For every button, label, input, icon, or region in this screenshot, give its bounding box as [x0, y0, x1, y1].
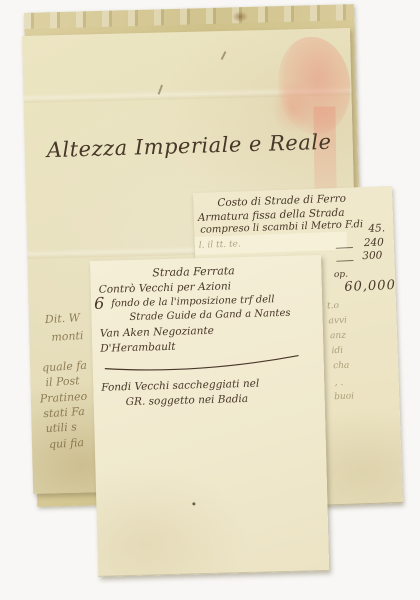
cut-fragment: cha — [333, 362, 350, 372]
railway-note-line: Van Aken Negoziante — [100, 326, 214, 339]
sum-dash: — — [335, 241, 352, 253]
cut-fragment: idi — [331, 347, 343, 356]
document-title: Altezza Imperiale e Reale — [46, 132, 331, 161]
railway-note: Strada Ferrata Contrò Vecchi per Azioni … — [90, 255, 329, 577]
railway-note-line: GR. soggetto nei Badia — [126, 394, 249, 408]
photo-background: Altezza Imperiale e Reale Dit. W monti q… — [0, 0, 420, 600]
margin-line: quale fa — [42, 360, 87, 374]
cut-fragment: t.o — [327, 302, 339, 311]
cost-note-line: l. il tt. te. — [199, 240, 241, 250]
margin-line: Pratineo — [40, 391, 88, 405]
cut-fragment: , . — [335, 379, 344, 388]
margin-line: stati Fa — [43, 406, 85, 419]
cut-fragment: anz — [330, 332, 346, 342]
cost-value: 300 — [362, 250, 382, 261]
cut-fragment: avvi — [328, 317, 347, 327]
ink-speck — [192, 502, 195, 505]
railway-note-line: Contrò Vecchi per Azioni — [99, 281, 232, 295]
margin-line: monti — [51, 330, 84, 343]
railway-note-line: Strade Guide da Gand a Nantes — [129, 309, 290, 323]
cut-fragment: buoi — [334, 393, 354, 403]
pen-mark — [221, 51, 227, 60]
railway-note-line: D'Herambault — [100, 342, 175, 354]
margin-line: qui fia — [49, 437, 85, 450]
margin-line: Dit. W — [45, 312, 81, 325]
railway-note-line: Fondi Vecchi saccheggiati nel — [101, 379, 259, 394]
cost-value: 240 — [364, 237, 384, 248]
sum-dash: — — [335, 254, 352, 266]
margin-line: il Post — [45, 375, 80, 388]
margin-glyph: 6 — [94, 296, 105, 312]
back-sheet-crumpled-edge — [24, 4, 354, 29]
signature-flourish — [103, 351, 303, 374]
railway-note-heading: Strada Ferrata — [152, 265, 235, 278]
railway-note-line: fondo de la l'imposizione trf dell — [111, 295, 275, 309]
margin-line: utili s — [45, 421, 77, 434]
cost-value: 45. — [368, 223, 385, 234]
cost-total: 60,000 — [344, 279, 396, 294]
